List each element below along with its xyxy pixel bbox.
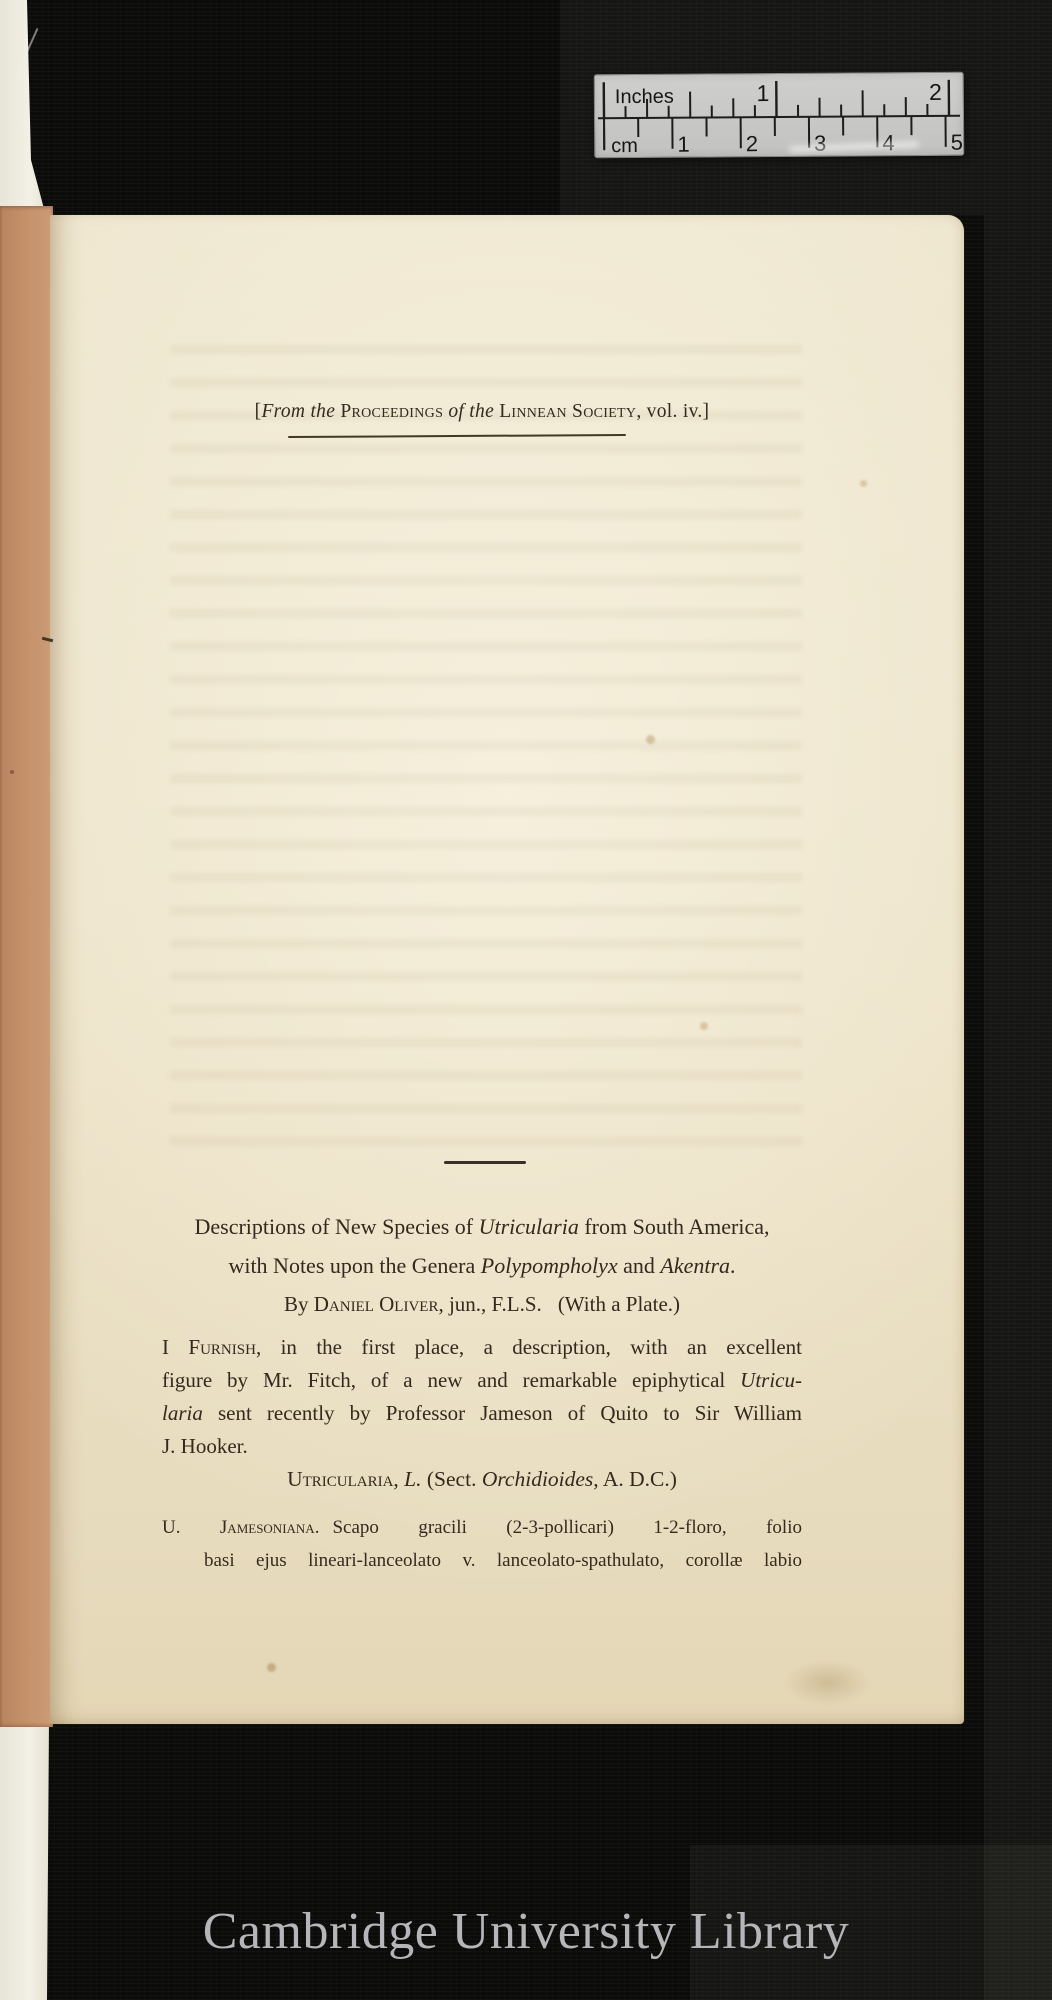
title-segment: and [618, 1253, 661, 1278]
text-segment: (Sect. [422, 1467, 482, 1491]
text-segment: I [162, 1335, 188, 1359]
masthead-segment: Proceedings [340, 401, 443, 422]
paper-fleck [10, 770, 14, 774]
description-line: U. Jamesoniana.Scapo gracili (2-3-pollic… [162, 1511, 802, 1544]
genus-name: Utricularia [287, 1467, 393, 1491]
measurement-ruler: 12Inches12345cm [595, 73, 964, 158]
text-segment: , in the first place, a description, wit… [256, 1335, 802, 1359]
foxing-spot [860, 480, 867, 487]
svg-text:1: 1 [677, 132, 689, 157]
author-name: Daniel Oliver [314, 1292, 439, 1316]
species-description: U. Jamesoniana.Scapo gracili (2-3-pollic… [162, 1511, 802, 1577]
section-name: Orchidioides [482, 1467, 593, 1491]
svg-text:2: 2 [929, 79, 942, 105]
title-line: with Notes upon the Genera Polypompholyx… [162, 1246, 802, 1285]
foxing-spot [646, 735, 655, 744]
text-segment: , [393, 1467, 404, 1491]
text-segment: Utricu- [740, 1368, 802, 1392]
masthead-segment: , vol. iv.] [636, 401, 709, 422]
title-segment: Descriptions of New Species of [195, 1214, 479, 1239]
masthead-line: [From the Proceedings of the Linnean Soc… [162, 401, 802, 423]
ink-bleed-through [170, 345, 802, 1170]
svg-text:Inches: Inches [615, 86, 674, 108]
foxing-spot [700, 1022, 708, 1030]
paragraph-line: J. Hooker. [162, 1430, 802, 1463]
title-segment: with Notes upon the Genera [228, 1253, 480, 1278]
cloth-band-right [984, 0, 1052, 2000]
title-segment: By [284, 1292, 314, 1316]
title-segment: Utricularia [479, 1214, 579, 1239]
title-segment: , jun., F.L.S. [438, 1292, 541, 1316]
species-name: U. Jamesoniana. [162, 1517, 319, 1538]
text-segment: L. [404, 1467, 421, 1491]
species-heading: Utricularia, L. (Sect. Orchidioides, A. … [162, 1467, 802, 1492]
document-page: [From the Proceedings of the Linnean Soc… [50, 215, 964, 1724]
svg-text:2: 2 [746, 131, 758, 156]
foxing-spot [267, 1663, 276, 1672]
description-line: basi ejus lineari-lanceolato v. lanceola… [162, 1544, 802, 1577]
article-title: Descriptions of New Species of Utricular… [162, 1207, 802, 1324]
title-line: Descriptions of New Species of Utricular… [162, 1207, 802, 1246]
masthead-segment: From the [261, 401, 340, 422]
title-byline: By Daniel Oliver, jun., F.L.S.(With a Pl… [162, 1285, 802, 1324]
title-segment: from South America, [579, 1214, 770, 1239]
text-segment: laria [162, 1401, 203, 1425]
paragraph-line: laria sent recently by Professor Jameson… [162, 1397, 802, 1430]
paragraph-line: figure by Mr. Fitch, of a new and remark… [162, 1364, 802, 1397]
text-segment: sent recently by Professor Jameson of Qu… [203, 1401, 802, 1425]
svg-text:1: 1 [756, 80, 769, 106]
title-segment: (With a Plate.) [558, 1292, 680, 1316]
intro-paragraph: I Furnish, in the first place, a descrip… [162, 1331, 802, 1463]
svg-text:5: 5 [951, 130, 963, 155]
svg-text:cm: cm [611, 135, 638, 157]
photo-stage: 12Inches12345cm [From the Proceedings of… [0, 0, 1052, 2000]
paragraph-line: I Furnish, in the first place, a descrip… [162, 1331, 802, 1364]
title-segment: Polypompholyx [481, 1253, 618, 1278]
section-divider [444, 1161, 526, 1164]
library-watermark: Cambridge University Library [0, 1902, 1052, 1961]
text-segment: Scapo gracili (2-3-pollicari) 1-2-floro,… [332, 1517, 802, 1538]
text-segment: Furnish [188, 1335, 256, 1359]
text-segment: figure by Mr. Fitch, of a new and remark… [162, 1368, 740, 1392]
cover-paper-strip [0, 206, 53, 1727]
masthead-segment: Linnean Society [499, 401, 636, 422]
text-segment: , A. D.C.) [593, 1467, 677, 1491]
stain-smudge [785, 1660, 870, 1705]
title-segment: . [730, 1253, 736, 1278]
text-segment: basi ejus lineari-lanceolato v. lanceola… [204, 1550, 802, 1571]
title-segment: Akentra [660, 1253, 730, 1278]
masthead-segment: of the [443, 401, 499, 422]
text-segment: J. Hooker. [162, 1434, 248, 1458]
